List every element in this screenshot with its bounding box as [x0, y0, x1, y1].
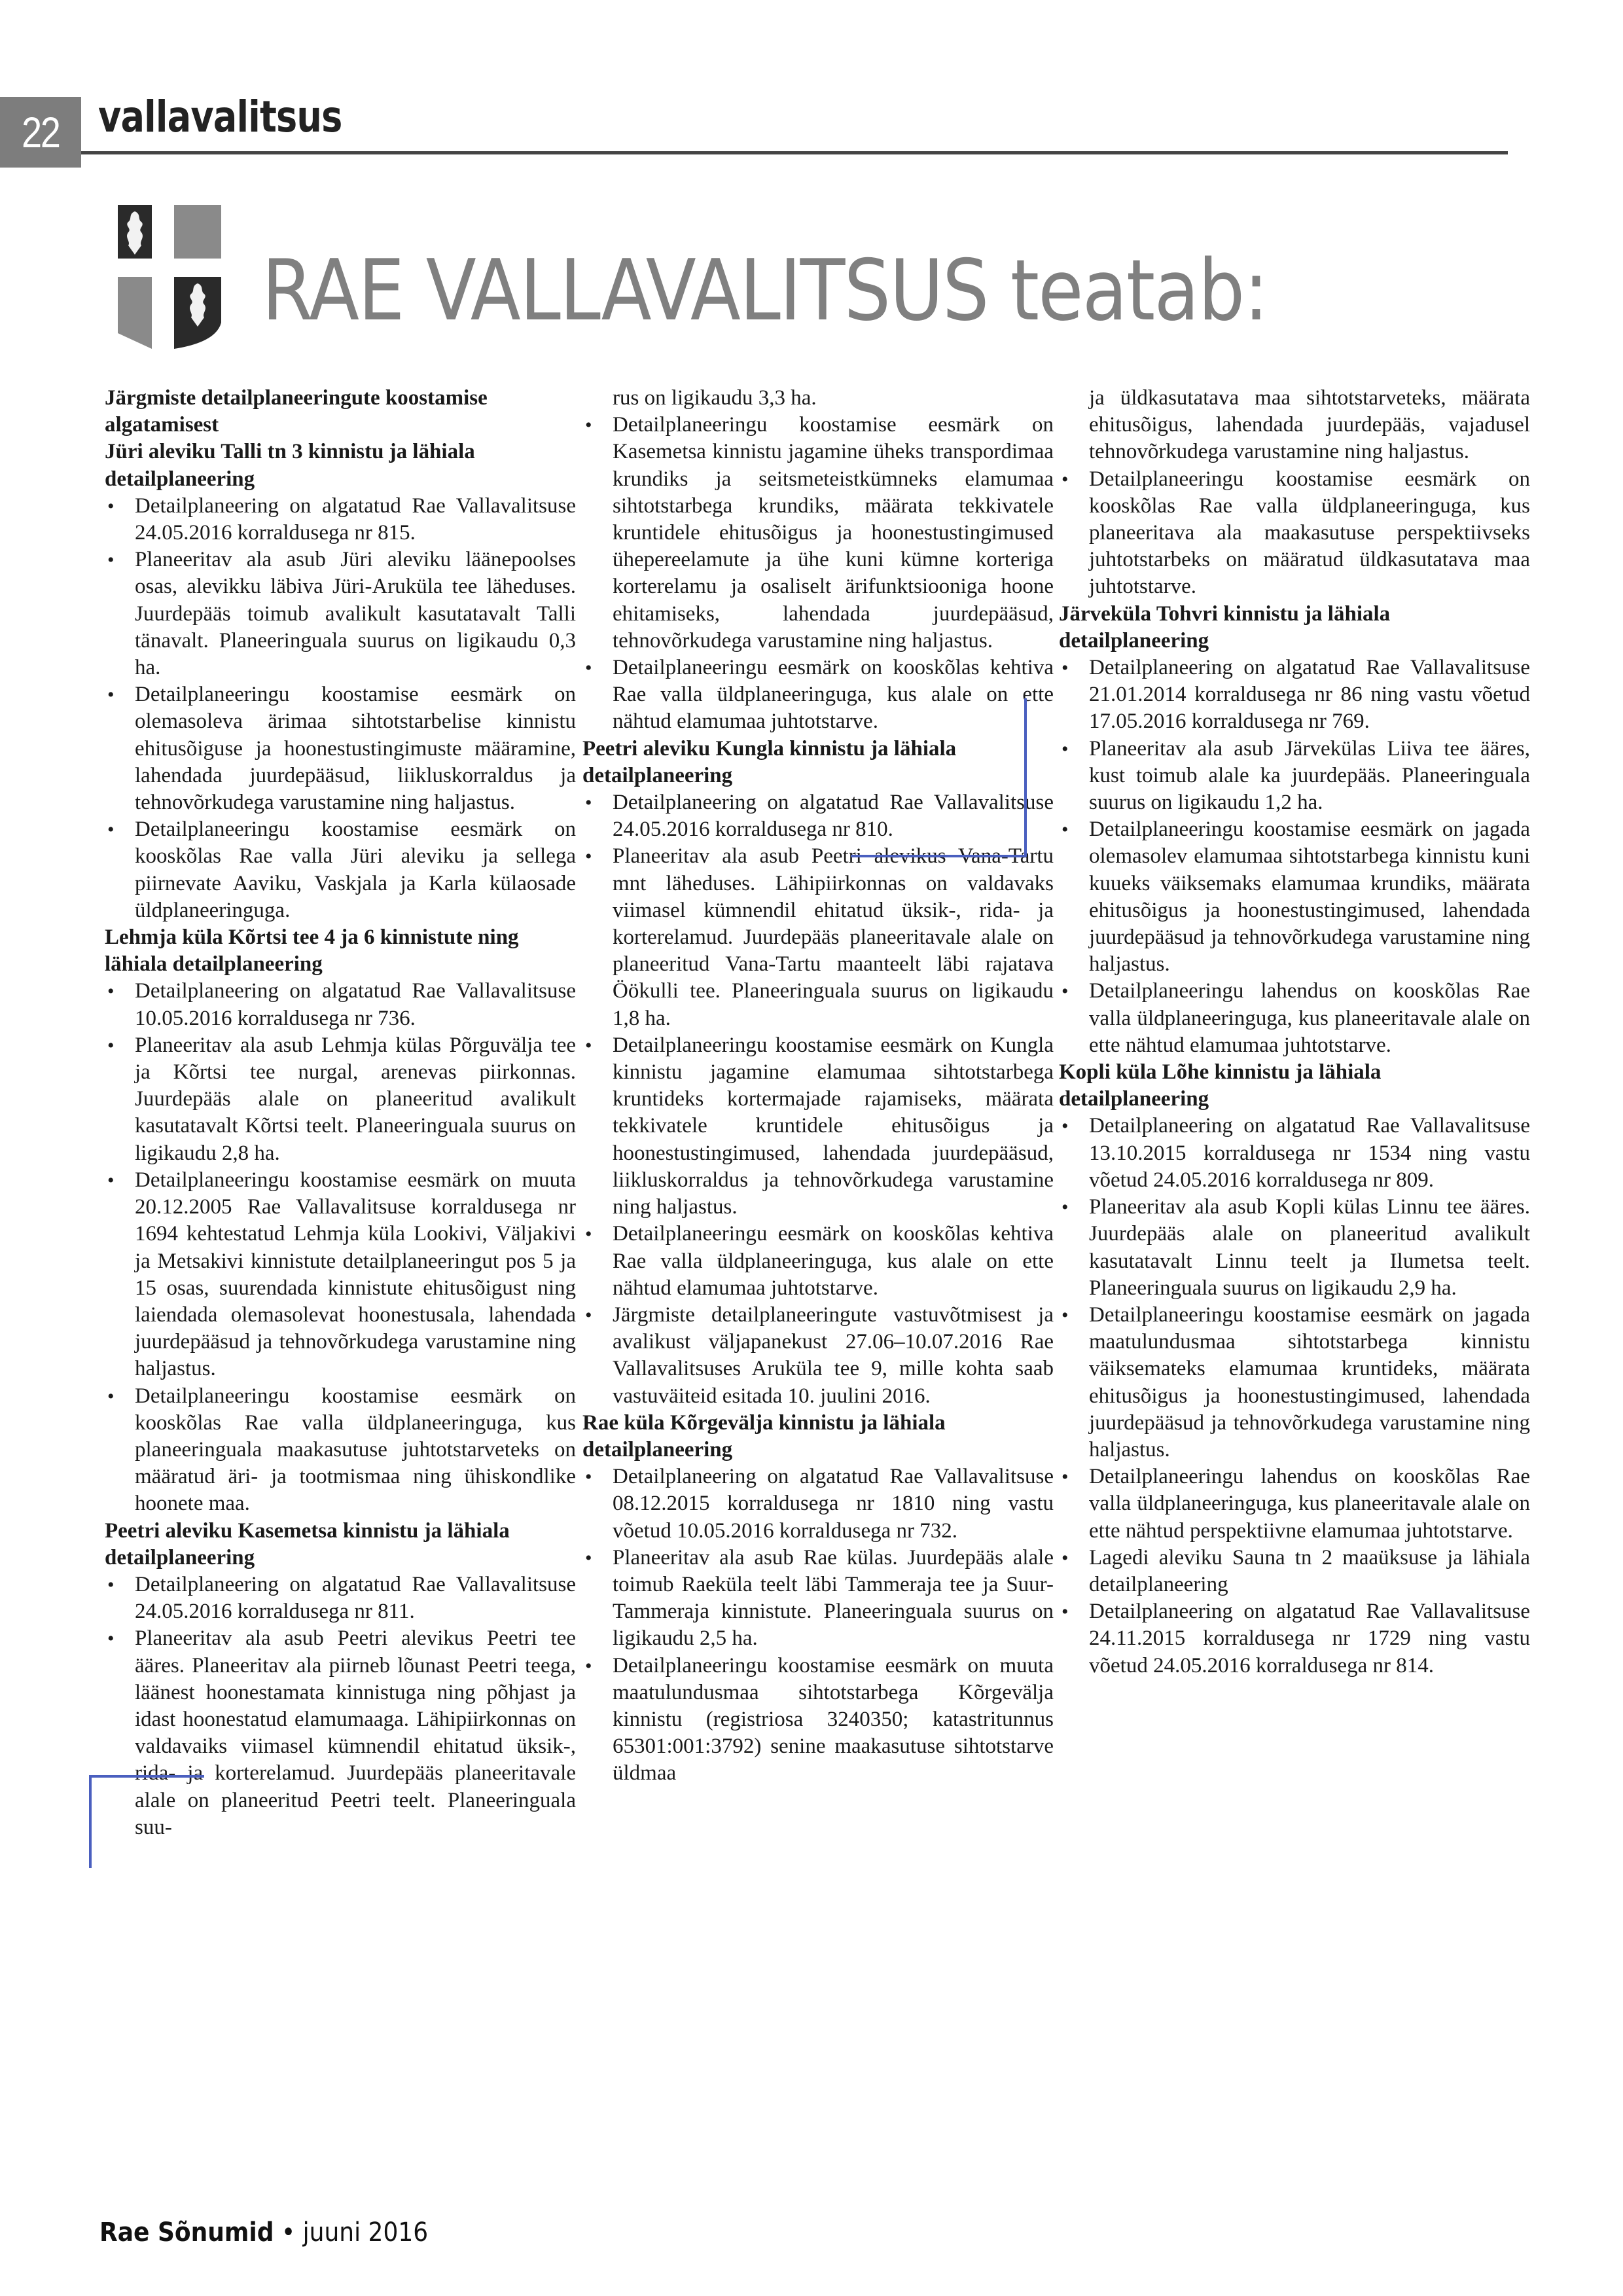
list-item: Detailplaneeringu lahendus on kooskõlas …: [1059, 1463, 1530, 1545]
section-heading: Rae küla Kõrgevälja kinnistu ja lähiala …: [582, 1410, 1054, 1463]
list-item: Detailplaneeringu koostamise eesmärk on …: [105, 816, 576, 924]
page-number: 22: [22, 107, 59, 157]
section-title: vallavalitsus: [98, 92, 342, 142]
list-item: Detailplaneering on algatatud Rae Vallav…: [1059, 655, 1530, 736]
section-heading: Kopli küla Lõhe kinnistu ja lähiala deta…: [1059, 1059, 1530, 1113]
pen-annotation-line: [89, 1775, 92, 1868]
banner-title: RAE VALLAVALITSUS teatab:: [262, 242, 1268, 340]
section-heading: Lehmja küla Kõrtsi tee 4 ja 6 kinnistute…: [105, 924, 576, 978]
list-item: Detailplaneeringu koostamise eesmärk on …: [582, 1032, 1054, 1221]
list-item: Lagedi aleviku Sauna tn 2 maaüksuse ja l…: [1059, 1545, 1530, 1598]
column-1: Järgmiste detailplaneeringute koostamise…: [105, 385, 576, 1841]
pen-annotation-line: [1024, 698, 1027, 857]
section-heading: Peetri aleviku Kungla kinnistu ja lähial…: [582, 736, 1054, 789]
list-item: Detailplaneering on algatatud Rae Vallav…: [105, 1571, 576, 1625]
list-item: Detailplaneeringu eesmärk on kooskõlas k…: [582, 655, 1054, 736]
list-item: Detailplaneeringu koostamise eesmärk on …: [1059, 466, 1530, 601]
pen-annotation-line: [89, 1775, 204, 1778]
bullet-list: Detailplaneeringu koostamise eesmärk on …: [582, 412, 1054, 735]
list-item: Detailplaneering on algatatud Rae Vallav…: [1059, 1598, 1530, 1679]
bullet-list: Detailplaneering on algatatud Rae Vallav…: [582, 789, 1054, 1410]
list-item: Detailplaneeringu koostamise eesmärk on …: [105, 1383, 576, 1518]
list-item: Detailplaneeringu koostamise eesmärk on …: [1059, 816, 1530, 978]
bullet-list: Detailplaneering on algatatud Rae Vallav…: [105, 978, 576, 1517]
coat-of-arms-icon: [118, 205, 229, 357]
section-heading: Järveküla Tohvri kinnistu ja lähiala det…: [1059, 601, 1530, 655]
bullet-list: Detailplaneering on algatatud Rae Vallav…: [1059, 655, 1530, 1059]
list-item: Detailplaneeringu lahendus on kooskõlas …: [1059, 978, 1530, 1059]
publication-name: Rae Sõnumid: [99, 2217, 274, 2248]
list-item: Detailplaneering on algatatud Rae Vallav…: [582, 1463, 1054, 1545]
column-3: ja üldkasutatava maa sihtotstarveteks, m…: [1059, 385, 1530, 1679]
bullet-list: Detailplaneering on algatatud Rae Vallav…: [105, 493, 576, 924]
bullet-list: Detailplaneeringu koostamise eesmärk on …: [1059, 466, 1530, 601]
list-item: Planeeritav ala asub Peetri alevikus Van…: [582, 843, 1054, 1031]
list-item: Planeeritav ala asub Järvekülas Liiva te…: [1059, 736, 1530, 817]
list-item: Planeeritav ala asub Kopli külas Linnu t…: [1059, 1194, 1530, 1302]
list-item: Planeeritav ala asub Lehmja külas Põrguv…: [105, 1032, 576, 1167]
list-item: Planeeritav ala asub Jüri aleviku läänep…: [105, 547, 576, 681]
bullet-list: Detailplaneering on algatatud Rae Vallav…: [105, 1571, 576, 1841]
list-item: Detailplaneeringu koostamise eesmärk on …: [582, 412, 1054, 655]
list-item: Järgmiste detailplaneeringute vastuvõtmi…: [582, 1302, 1054, 1410]
list-item: Detailplaneering on algatatud Rae Vallav…: [1059, 1113, 1530, 1194]
bullet-list: Detailplaneering on algatatud Rae Vallav…: [582, 1463, 1054, 1787]
header-divider: [81, 151, 1508, 154]
bullet-list: Detailplaneering on algatatud Rae Vallav…: [1059, 1113, 1530, 1679]
continued-text: rus on ligikaudu 3,3 ha.: [582, 385, 1054, 412]
list-item: Detailplaneering on algatatud Rae Vallav…: [105, 978, 576, 1031]
section-heading: Jüri aleviku Talli tn 3 kinnistu ja lähi…: [105, 439, 576, 492]
list-item: Planeeritav ala asub Rae külas. Juurdepä…: [582, 1545, 1054, 1653]
list-item: Detailplaneeringu eesmärk on kooskõlas k…: [582, 1221, 1054, 1302]
list-item: Detailplaneering on algatatud Rae Vallav…: [582, 789, 1054, 843]
list-item: Planeeritav ala asub Peetri alevikus Pee…: [105, 1625, 576, 1841]
pen-annotation-line: [851, 855, 1026, 857]
banner-title-caps: RAE VALLAVALITSUS: [262, 242, 988, 340]
issue-date: juuni 2016: [303, 2217, 429, 2248]
continued-text: ja üldkasutatava maa sihtotstarveteks, m…: [1059, 385, 1530, 466]
banner-title-suffix: teatab:: [1010, 242, 1268, 340]
footer-separator: •: [281, 2217, 295, 2248]
page-footer: Rae Sõnumid • juuni 2016: [99, 2217, 428, 2248]
section-heading: Peetri aleviku Kasemetsa kinnistu ja läh…: [105, 1518, 576, 1571]
intro-heading: Järgmiste detailplaneeringute koostamise…: [105, 385, 576, 439]
page-number-tab: 22: [0, 97, 81, 168]
list-item: Detailplaneeringu koostamise eesmärk on …: [105, 681, 576, 816]
list-item: Detailplaneering on algatatud Rae Vallav…: [105, 493, 576, 547]
list-item: Detailplaneeringu koostamise eesmärk on …: [1059, 1302, 1530, 1463]
list-item: Detailplaneeringu koostamise eesmärk on …: [582, 1653, 1054, 1787]
list-item: Detailplaneeringu koostamise eesmärk on …: [105, 1167, 576, 1383]
column-2: rus on ligikaudu 3,3 ha. Detailplaneerin…: [582, 385, 1054, 1787]
